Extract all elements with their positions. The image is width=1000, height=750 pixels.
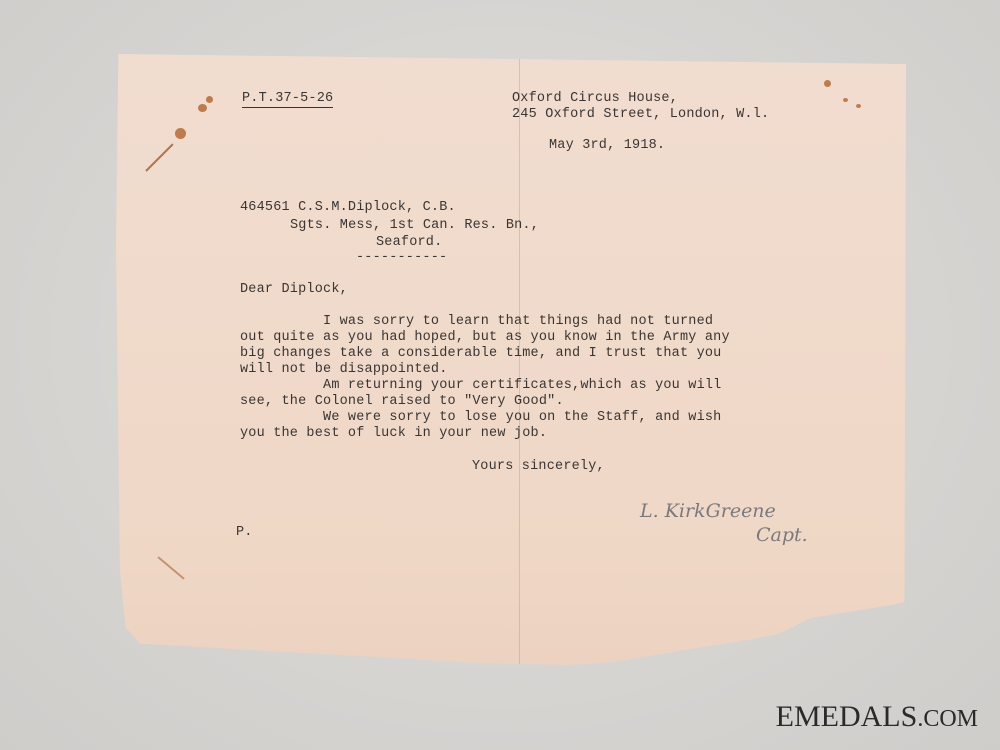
- rust-stain: [824, 80, 831, 87]
- body-line: will not be disappointed.: [240, 362, 448, 377]
- rust-stain: [175, 128, 186, 139]
- rust-stain: [198, 104, 207, 112]
- paper-fold-line: [519, 54, 520, 684]
- body-line: out quite as you had hoped, but as you k…: [240, 330, 730, 345]
- rust-stain: [206, 96, 213, 103]
- watermark-main: EMEDALS: [776, 700, 918, 733]
- recipient-line3: Seaford.: [376, 235, 442, 250]
- signature-name: L. KirkGreene: [640, 500, 776, 522]
- recipient-line2: Sgts. Mess, 1st Can. Res. Bn.,: [290, 218, 539, 233]
- body-line: you the best of luck in your new job.: [240, 426, 547, 441]
- watermark-suffix: .COM: [917, 706, 978, 732]
- letter-date: May 3rd, 1918.: [549, 138, 665, 153]
- body-line: see, the Colonel raised to "Very Good".: [240, 394, 564, 409]
- typist-initial: P.: [236, 525, 253, 540]
- letter-paper: P.T.37-5-26 Oxford Circus House, 245 Oxf…: [116, 54, 906, 684]
- rust-stain: [856, 104, 861, 108]
- sender-address-line1: Oxford Circus House,: [512, 91, 678, 106]
- sender-address-line2: 245 Oxford Street, London, W.l.: [512, 107, 769, 122]
- reference-number: P.T.37-5-26: [242, 91, 333, 108]
- recipient-rule: -----------: [356, 250, 447, 265]
- rust-streak: [157, 556, 184, 579]
- body-line: Am returning your certificates,which as …: [240, 378, 721, 393]
- salutation: Dear Diplock,: [240, 282, 348, 297]
- closing: Yours sincerely,: [472, 459, 605, 474]
- rust-stain: [843, 98, 848, 102]
- recipient-line1: 464561 C.S.M.Diplock, C.B.: [240, 200, 456, 215]
- body-line: big changes take a considerable time, an…: [240, 346, 721, 361]
- body-line: I was sorry to learn that things had not…: [240, 314, 713, 329]
- body-line: We were sorry to lose you on the Staff, …: [240, 410, 721, 425]
- rust-streak: [145, 143, 173, 171]
- emedals-watermark: EMEDALS.COM: [776, 700, 978, 734]
- signature-rank: Capt.: [756, 524, 808, 546]
